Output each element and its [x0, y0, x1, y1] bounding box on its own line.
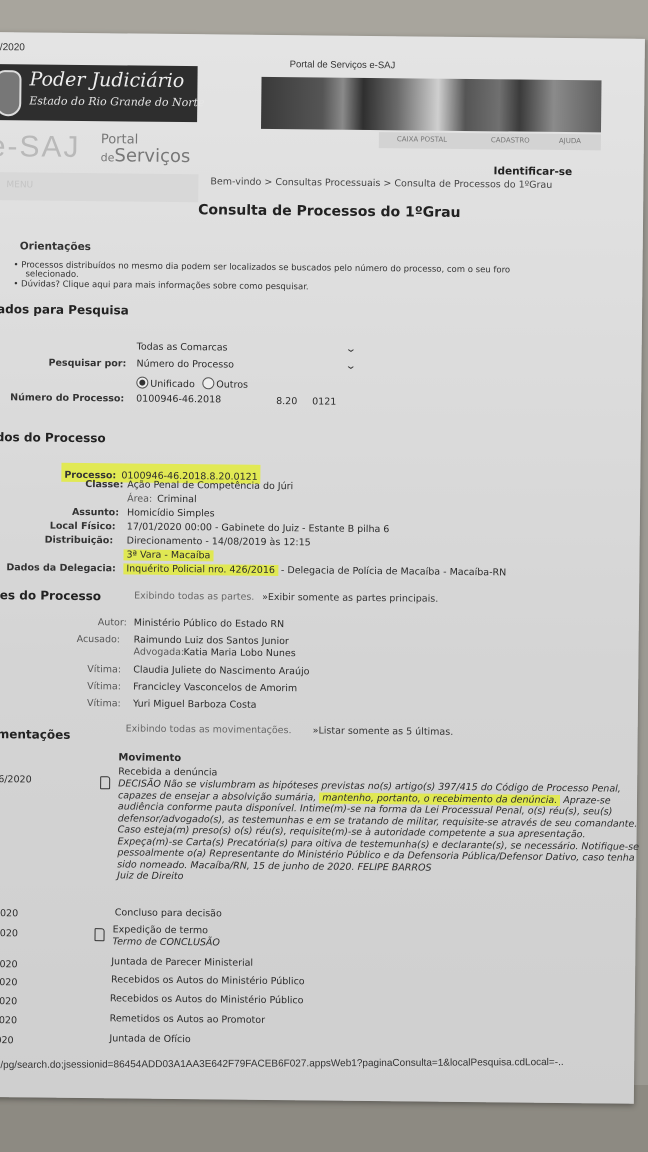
parte-role: Vítima:	[87, 664, 121, 675]
assunto-label: Assunto:	[72, 507, 119, 518]
orientacoes-heading: Orientações	[20, 240, 91, 253]
parte-name: Yuri Miguel Barboza Costa	[133, 699, 257, 711]
mov-date: /2020	[0, 977, 17, 988]
mov-title: Recebidos os Autos do Ministério Público	[110, 993, 304, 1007]
coat-of-arms-icon	[0, 70, 22, 116]
distribuicao-label: Distribuição:	[45, 535, 114, 547]
chevron-down-icon[interactable]: ⌄	[345, 361, 357, 372]
servicos-text: Serviços	[114, 145, 190, 167]
parte-name: Claudia Juliete do Nascimento Araújo	[133, 665, 309, 678]
identificar-link[interactable]: Identificar-se	[494, 165, 573, 178]
servicos-word: deServiços	[101, 145, 191, 167]
menu-label: MENU	[6, 180, 33, 190]
mov-date: 2020	[0, 1035, 14, 1046]
mov-title: Juntada de Parecer Ministerial	[111, 956, 253, 969]
radio-outros[interactable]: Outros	[202, 377, 248, 390]
vara-value: 3ª Vara - Macaíba	[123, 549, 213, 561]
top-nav: CAIXA POSTAL CADASTRO AJUDA	[379, 132, 601, 150]
partes-principais-link[interactable]: »Exibir somente as partes principais.	[262, 592, 438, 605]
orientacao-item-cont: selecionado.	[25, 269, 78, 280]
pesquisa-heading: ados para Pesquisa	[0, 302, 129, 317]
printed-page: /2020 Portal de Serviços e-SAJ Poder Jud…	[0, 32, 645, 1104]
mov-date: /2020	[0, 928, 18, 939]
nav-ajuda[interactable]: AJUDA	[559, 137, 581, 145]
delegacia-label: Dados da Delegacia:	[6, 562, 116, 574]
mov-title: Remetidos os Autos ao Promotor	[110, 1013, 265, 1026]
radio-selected-icon	[136, 377, 148, 389]
parte-name: Ministério Público do Estado RN	[134, 618, 284, 631]
logo-line1: Poder Judiciário	[29, 68, 184, 92]
dados-processo-heading: dos do Processo	[0, 430, 106, 445]
mov-title: Juntada de Ofício	[109, 1033, 190, 1045]
document-icon[interactable]	[100, 774, 110, 793]
tjrn-logo-banner: Poder Judiciário Estado do Rio Grande do…	[0, 64, 198, 122]
movimentacoes-exibindo: Exibindo todas as movimentações.	[126, 723, 292, 736]
pesquisar-por-select[interactable]: Número do Processo	[136, 359, 234, 371]
parte-role: Vítima:	[87, 698, 121, 709]
menu-bar[interactable]: MENU	[0, 172, 199, 202]
orientacao-help-link[interactable]: • Dúvidas? Clique aqui para mais informa…	[13, 279, 308, 292]
print-page-title: Portal de Serviços e-SAJ	[290, 59, 396, 71]
nav-caixa-postal[interactable]: CAIXA POSTAL	[397, 135, 447, 144]
de-word: de	[101, 151, 115, 164]
chevron-down-icon[interactable]: ⌄	[345, 344, 357, 355]
parte-role: Vítima:	[87, 681, 121, 692]
assunto-value: Homicídio Simples	[127, 507, 215, 519]
document-icon[interactable]	[94, 926, 104, 945]
header-photo	[261, 77, 602, 133]
breadcrumb[interactable]: Bem-vindo > Consultas Processuais > Cons…	[210, 176, 552, 191]
radio-unificado[interactable]: Unificado	[136, 377, 195, 391]
numero-processo-field-2[interactable]: 8.20	[276, 396, 297, 407]
pesquisar-por-label: Pesquisar por:	[48, 358, 126, 370]
parte-name: Raimundo Luiz dos Santos Junior	[134, 635, 289, 648]
orientacao-item: • Processos distribuídos no mesmo dia po…	[14, 260, 511, 275]
mov-title[interactable]: Recebida a denúncia	[118, 766, 217, 779]
delegacia-value: Inquérito Policial nro. 426/2016 - Deleg…	[123, 563, 506, 578]
mov-title[interactable]: Expedição de termo	[113, 924, 208, 936]
mov-title: Concluso para decisão	[115, 907, 222, 920]
logo-line2: Estado do Rio Grande do Norte	[29, 94, 204, 109]
local-fisico-label: Local Físico:	[50, 521, 116, 533]
area-value: Criminal	[157, 494, 197, 505]
mov-date: /2020	[0, 996, 17, 1007]
page-title: Consulta de Processos do 1ºGrau	[198, 202, 461, 221]
parte-name: Francicley Vasconcelos de Amorim	[133, 682, 297, 695]
partes-exibindo: Exibindo todas as partes.	[134, 591, 254, 603]
print-date: /2020	[0, 42, 25, 53]
parte-sub-name: Katia Maria Lobo Nunes	[183, 647, 295, 659]
classe-label: Classe:	[85, 479, 123, 490]
area-label: Área:	[127, 493, 152, 504]
numero-processo-label: Número do Processo:	[10, 392, 124, 404]
mov-detail: Termo de CONCLUSÃO	[112, 936, 220, 949]
mov-date: 06/2020	[0, 774, 32, 785]
mov-title: Recebidos os Autos do Ministério Público	[111, 974, 305, 988]
print-footer-url: po/pg/search.do;jsessionid=86454ADD03A1A…	[0, 1057, 564, 1071]
col-movimento-header: Movimento	[118, 752, 181, 764]
radio-empty-icon	[202, 377, 214, 389]
mov-date: /2020	[0, 1015, 17, 1026]
numero-processo-field-3[interactable]: 0121	[312, 396, 336, 407]
partes-heading: tes do Processo	[0, 588, 101, 603]
mov-date: /2020	[0, 959, 18, 970]
mov-detail: DECISÃO Não se vislumbram as hipóteses p…	[117, 778, 643, 887]
esaj-logo: e-SAJ	[0, 130, 81, 165]
parte-sub-role: Advogada:	[133, 647, 184, 659]
mov-date: /2020	[0, 908, 18, 919]
movimentacoes-heading: imentações	[0, 727, 70, 742]
numero-processo-field-1[interactable]: 0100946-46.2018	[136, 394, 221, 406]
nav-cadastro[interactable]: CADASTRO	[491, 136, 530, 144]
distribuicao-value: Direcionamento - 14/08/2019 às 12:15	[127, 535, 311, 548]
parte-role: Acusado:	[77, 634, 121, 645]
parte-role: Autor:	[98, 617, 127, 628]
classe-value: Ação Penal de Competência do Júri	[127, 479, 293, 492]
foro-select[interactable]: Todas as Comarcas	[137, 342, 228, 354]
local-fisico-value: 17/01/2020 00:00 - Gabinete do Juiz - Es…	[127, 521, 390, 535]
listar-ultimas-link[interactable]: »Listar somente as 5 últimas.	[313, 725, 454, 737]
